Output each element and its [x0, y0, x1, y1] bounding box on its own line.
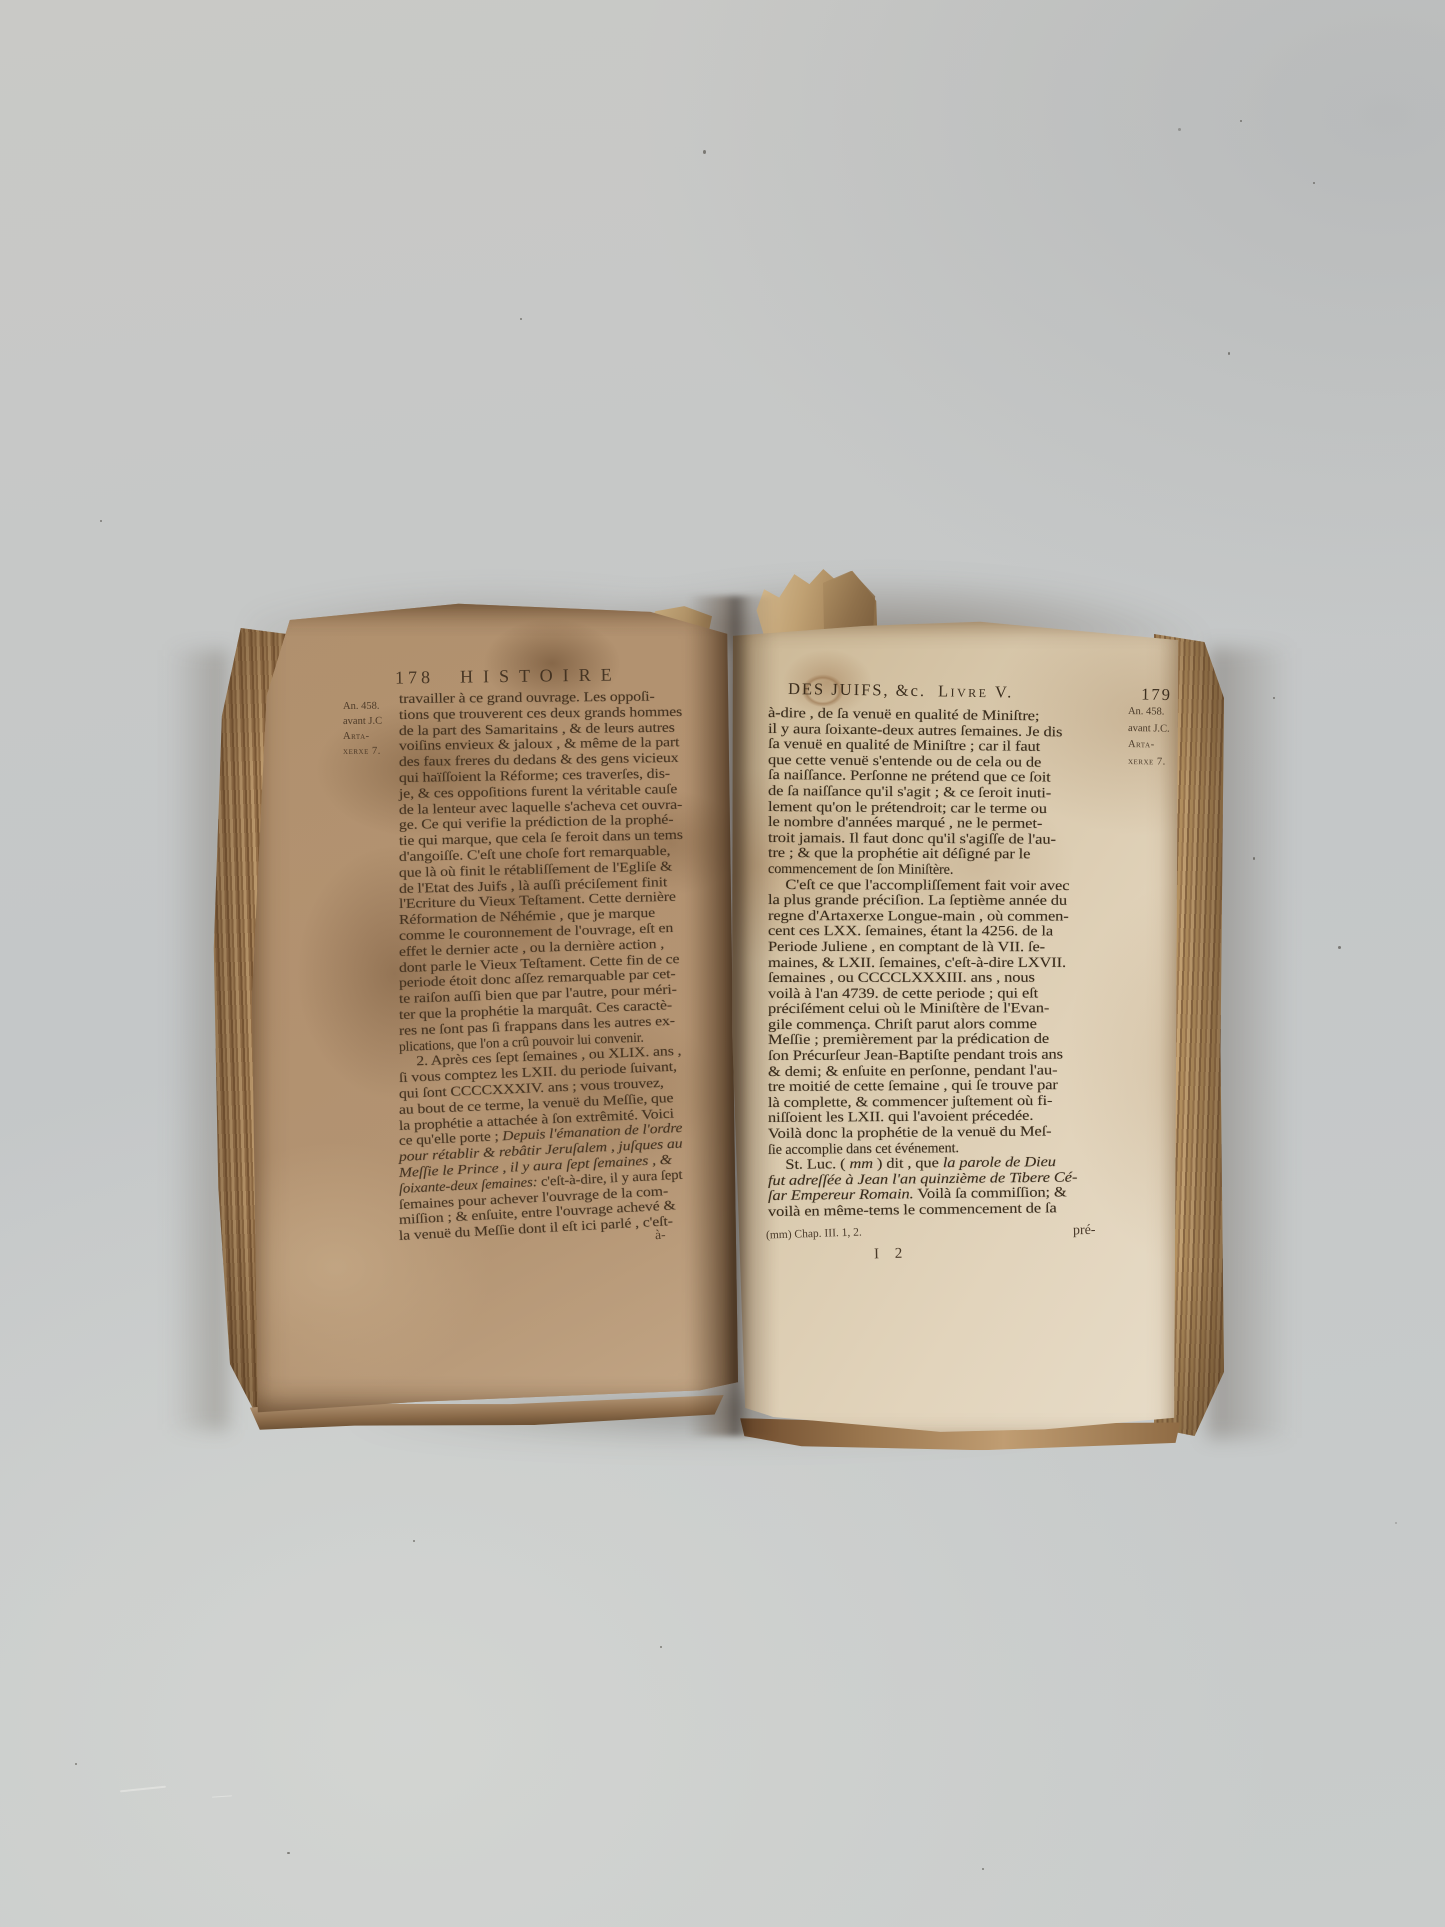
right-page: DES JUIFS, &c. Livre V. 179 An. 458.avan… [728, 616, 1180, 1446]
wall-speck [520, 318, 522, 320]
wall-speck [75, 1763, 77, 1765]
text-line: ſemaines , ou CCCCLXXXIII. ans , nous [768, 971, 1035, 987]
left-page: 178 HISTOIRE An. 458.avant J.CArta-xerxe… [247, 598, 739, 1414]
wall-speck [1178, 128, 1181, 131]
margin-note-line: xerxe 7. [343, 744, 381, 759]
right-page-number: 179 [1141, 685, 1172, 705]
margin-note-line: Arta- [343, 729, 370, 744]
text-line: cent ces LXX. ſemaines, étant la 4256. d… [768, 924, 1053, 940]
wall-speck [1228, 352, 1230, 355]
wall-speck [982, 1868, 984, 1870]
wall-speck [1240, 120, 1242, 122]
left-page-number: 178 [395, 667, 434, 689]
margin-note-line: An. 458. [1128, 704, 1165, 721]
wall-speck [1313, 182, 1315, 184]
wall-scratch [120, 1786, 166, 1793]
margin-note-line: An. 458. [343, 699, 380, 714]
wall-speck [413, 1540, 415, 1542]
right-running-header: DES JUIFS, &c. Livre V. 179 [788, 679, 1172, 705]
text-line: Periode Juliene , en comptant de là VII.… [768, 940, 1045, 956]
book-shadow-right [1208, 648, 1313, 1438]
wall-speck [703, 150, 706, 154]
right-page-text: à-dire , de ſa venuë en qualité de Miniſ… [768, 706, 1100, 1221]
left-margin-note: An. 458.avant J.CArta-xerxe 7. [343, 699, 401, 759]
left-running-header: 178 HISTOIRE [395, 664, 622, 688]
footnote: (mm) Chap. III. 1, 2. [766, 1226, 862, 1241]
right-running-title: DES JUIFS, &c. [788, 679, 926, 701]
margin-note-line: avant J.C. [1128, 721, 1170, 738]
right-catchword: pré- [1073, 1223, 1096, 1239]
wall-speck [100, 520, 102, 522]
left-page-text: travailler à ce grand ouvrage. Les oppoſ… [399, 691, 683, 1244]
photo-scene: 178 HISTOIRE An. 458.avant J.CArta-xerxe… [0, 0, 1445, 1927]
text-line: commencement de ſon Miniſtère. [768, 862, 953, 878]
margin-note-line: xerxe 7. [1128, 754, 1166, 771]
wall-speck [1338, 946, 1341, 949]
text-line: la plus grande préciſion. La ſeptième an… [768, 893, 1067, 909]
wall-speck [660, 1646, 662, 1648]
wall-speck [287, 1852, 290, 1854]
left-catchword: à- [655, 1227, 666, 1244]
right-running-book-number: Livre V. [938, 681, 1014, 702]
wall-scratch [212, 1795, 232, 1797]
wall-speck [1395, 1522, 1397, 1524]
margin-note-line: Arta- [1128, 737, 1155, 754]
margin-note-line: avant J.C [343, 714, 382, 729]
left-running-title: HISTOIRE [460, 664, 622, 687]
signature-mark: I 2 [874, 1246, 909, 1264]
text-line: voilà en même-tems le commencement de ſa [768, 1201, 1057, 1220]
